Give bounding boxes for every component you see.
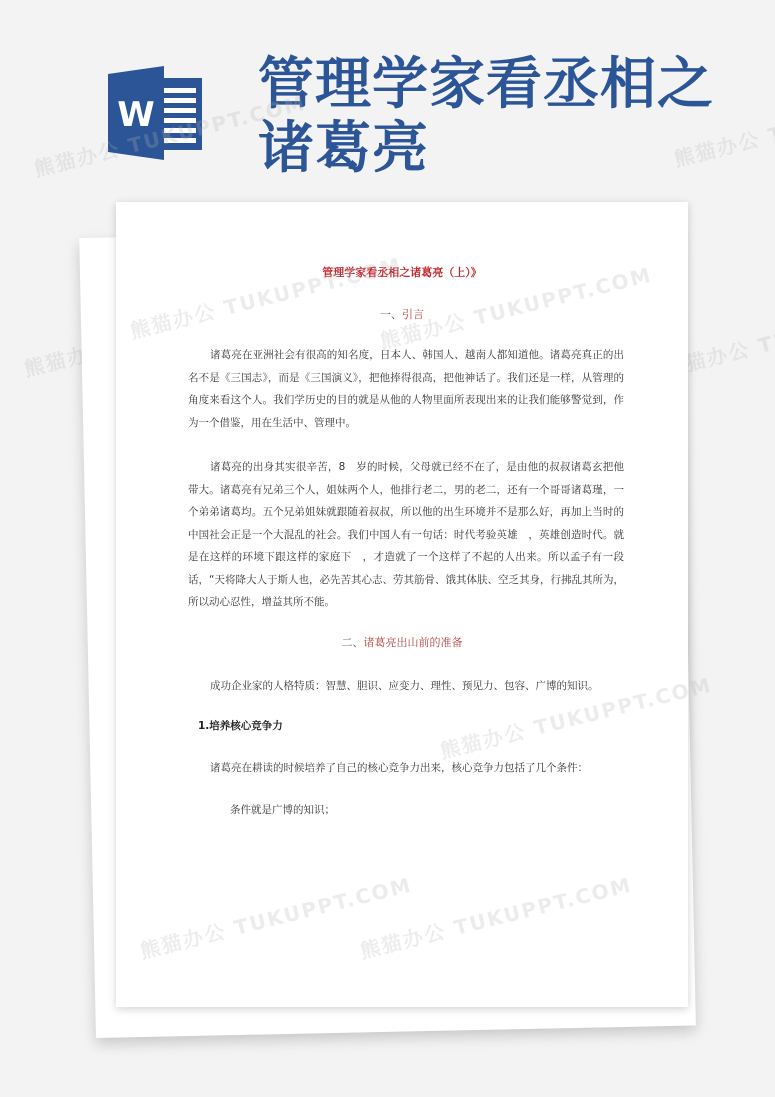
watermark: 熊猫办公 TUKUPPT.COM <box>127 249 405 345</box>
section-heading-text: 诸葛亮出山前的准备 <box>364 636 463 649</box>
paragraph: 条件就是广博的知识； <box>230 802 335 817</box>
paragraph: 成功企业家的人格特质：智慧、胆识、应变力、理性、预见力、包容、广博的知识。 <box>210 678 599 693</box>
section-number: 二、 <box>342 636 364 649</box>
section-number: 一、 <box>380 308 402 321</box>
paragraph: 诸葛亮在耕读的时候培养了自己的核心竞争力出来，核心竞争力包括了几个条件： <box>210 760 588 775</box>
paragraph: 诸葛亮的出身其实很辛苦，8 岁的时候，父母就已经不在了，是由他的叔叔诸葛玄把他带… <box>188 456 624 614</box>
subheading: 1.培养核心竞争力 <box>198 718 283 733</box>
paragraph: 诸葛亮在亚洲社会有很高的知名度，日本人、韩国人、越南人都知道他。诸葛亮真正的出名… <box>188 344 624 434</box>
header-title: 管理学家看丞相之诸葛亮 <box>258 52 718 180</box>
header: W 管理学家看丞相之诸葛亮 <box>0 0 775 200</box>
section-heading-preparation: 二、诸葛亮出山前的准备 <box>116 634 688 650</box>
document-page: 管理学家看丞相之诸葛亮（上）》 一、引言 诸葛亮在亚洲社会有很高的知名度，日本人… <box>116 202 688 1007</box>
